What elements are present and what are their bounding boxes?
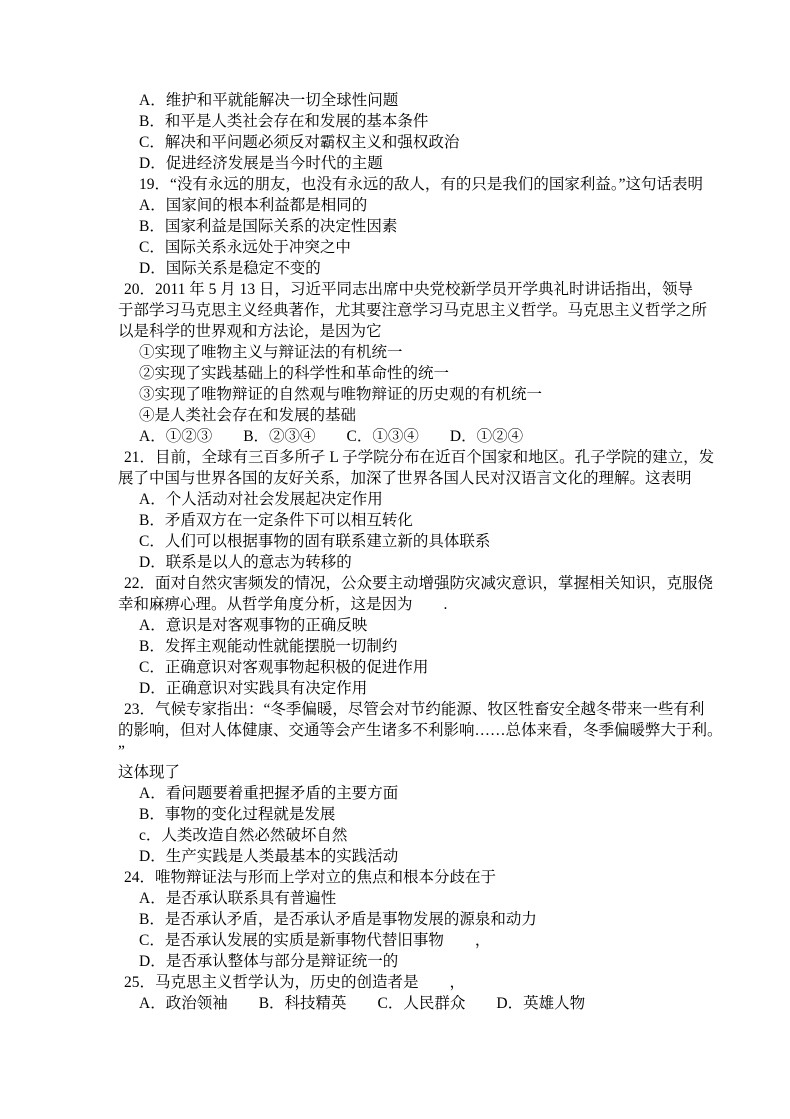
question-23-stem-line-3: ” (118, 741, 718, 762)
question-19-option-c: C．国际关系永远处于冲突之中 (118, 237, 718, 258)
question-20-item-1: ①实现了唯物主义与辩证法的有机统一 (118, 342, 718, 363)
question-22-option-a: A．意识是对客观事物的正确反映 (118, 615, 718, 636)
question-19: 19．“没有永远的朋友，也没有永远的敌人，有的只是我们的国家利益。”这句话表明 … (118, 174, 718, 279)
question-23-option-a: A．看问题要着重把握矛盾的主要方面 (118, 783, 718, 804)
question-23-option-b: B．事物的变化过程就是发展 (118, 804, 718, 825)
question-23-stem-line-2: 的影响，但对人体健康、交通等会产生诸多不利影响……总体来看，冬季偏暖弊大于利。 (118, 720, 718, 741)
question-20-item-3: ③实现了唯物辩证的自然观与唯物辩证的历史观的有机统一 (118, 384, 718, 405)
question-20: 20．2011 年 5 月 13 日，习近平同志出席中央党校新学员开学典礼时讲话… (118, 279, 718, 447)
question-24-option-c: C．是否承认发展的实质是新事物代替旧事物 ， (118, 930, 718, 951)
question-22-option-b: B．发挥主观能动性就能摆脱一切制约 (118, 636, 718, 657)
question-24-option-d: D．是否承认整体与部分是辩证统一的 (118, 951, 718, 972)
question-25-options-row: A．政治领袖 B．科技精英 C．人民群众 D．英雄人物 (118, 993, 718, 1014)
question-19-option-a: A．国家间的根本利益都是相同的 (118, 195, 718, 216)
question-21-option-b: B．矛盾双方在一定条件下可以相互转化 (118, 510, 718, 531)
question-20-item-4: ④是人类社会存在和发展的基础 (118, 405, 718, 426)
question-21-stem-line-2: 展了中国与世界各国的友好关系，加深了世界各国人民对汉语言文化的理解。这表明 (118, 468, 718, 489)
question-20-options-row: A．①②③ B．②③④ C．①③④ D．①②④ (118, 426, 718, 447)
question-21-stem-line-1: 21．目前，全球有三百多所孑 L 子学院分布在近百个国家和地区。孔子学院的建立，… (118, 447, 718, 468)
exam-page: A．维护和平就能解决一切全球性问题 B．和平是人类社会存在和发展的基本条件 C．… (118, 90, 718, 1014)
question-20-item-2: ②实现了实践基础上的科学性和革命性的统一 (118, 363, 718, 384)
question-18-option-c: C．解决和平问题必须反对霸权主义和强权政治 (118, 132, 718, 153)
question-18-option-b: B．和平是人类社会存在和发展的基本条件 (118, 111, 718, 132)
question-24-stem: 24．唯物辩证法与形而上学对立的焦点和根本分歧在于 (118, 867, 718, 888)
question-22: 22．面对自然灾害频发的情况，公众要主动增强防灾减灾意识，掌握相关知识，克服侥 … (118, 573, 718, 699)
question-18-option-a: A．维护和平就能解决一切全球性问题 (118, 90, 718, 111)
question-24: 24．唯物辩证法与形而上学对立的焦点和根本分歧在于 A．是否承认联系具有普遍性 … (118, 867, 718, 972)
question-20-stem-line-2: 于部学习马克思主义经典著作，尤其要注意学习马克思主义哲学。马克思主义哲学之所 (118, 300, 718, 321)
question-21-option-a: A．个人活动对社会发展起决定作用 (118, 489, 718, 510)
question-23-stem-line-1: 23．气候专家指出：“冬季偏暖，尽管会对节约能源、牧区牲畜安全越冬带来一些有利 (118, 699, 718, 720)
question-23-option-d: D．生产实践是人类最基本的实践活动 (118, 846, 718, 867)
question-22-option-d: D．正确意识对实践具有决定作用 (118, 678, 718, 699)
question-23-option-c: c．人类改造自然必然破坏自然 (118, 825, 718, 846)
question-20-stem-line-3: 以是科学的世界观和方法论，是因为它 (118, 321, 718, 342)
question-19-stem: 19．“没有永远的朋友，也没有永远的敌人，有的只是我们的国家利益。”这句话表明 (118, 174, 718, 195)
question-25: 25．马克思主义哲学认为，历史的创造者是 ， A．政治领袖 B．科技精英 C．人… (118, 972, 718, 1014)
question-23: 23．气候专家指出：“冬季偏暖，尽管会对节约能源、牧区牲畜安全越冬带来一些有利 … (118, 699, 718, 867)
question-22-option-c: C．正确意识对客观事物起积极的促进作用 (118, 657, 718, 678)
question-18-options: A．维护和平就能解决一切全球性问题 B．和平是人类社会存在和发展的基本条件 C．… (118, 90, 718, 174)
question-22-stem-line-2: 幸和麻痹心理。从哲学角度分析，这是因为 . (118, 594, 718, 615)
question-23-stem-line-4: 这体现了 (118, 762, 718, 783)
question-24-option-a: A．是否承认联系具有普遍性 (118, 888, 718, 909)
question-21: 21．目前，全球有三百多所孑 L 子学院分布在近百个国家和地区。孔子学院的建立，… (118, 447, 718, 573)
question-25-stem: 25．马克思主义哲学认为，历史的创造者是 ， (118, 972, 718, 993)
question-24-option-b: B．是否承认矛盾，是否承认矛盾是事物发展的源泉和动力 (118, 909, 718, 930)
question-22-stem-line-1: 22．面对自然灾害频发的情况，公众要主动增强防灾减灾意识，掌握相关知识，克服侥 (118, 573, 718, 594)
question-20-stem-line-1: 20．2011 年 5 月 13 日，习近平同志出席中央党校新学员开学典礼时讲话… (118, 279, 718, 300)
question-21-option-c: C．人们可以根据事物的固有联系建立新的具体联系 (118, 531, 718, 552)
question-21-option-d: D．联系是以人的意志为转移的 (118, 552, 718, 573)
question-19-option-d: D．国际关系是稳定不变的 (118, 258, 718, 279)
question-19-option-b: B．国家利益是国际关系的决定性因素 (118, 216, 718, 237)
question-18-option-d: D．促进经济发展是当今时代的主题 (118, 153, 718, 174)
